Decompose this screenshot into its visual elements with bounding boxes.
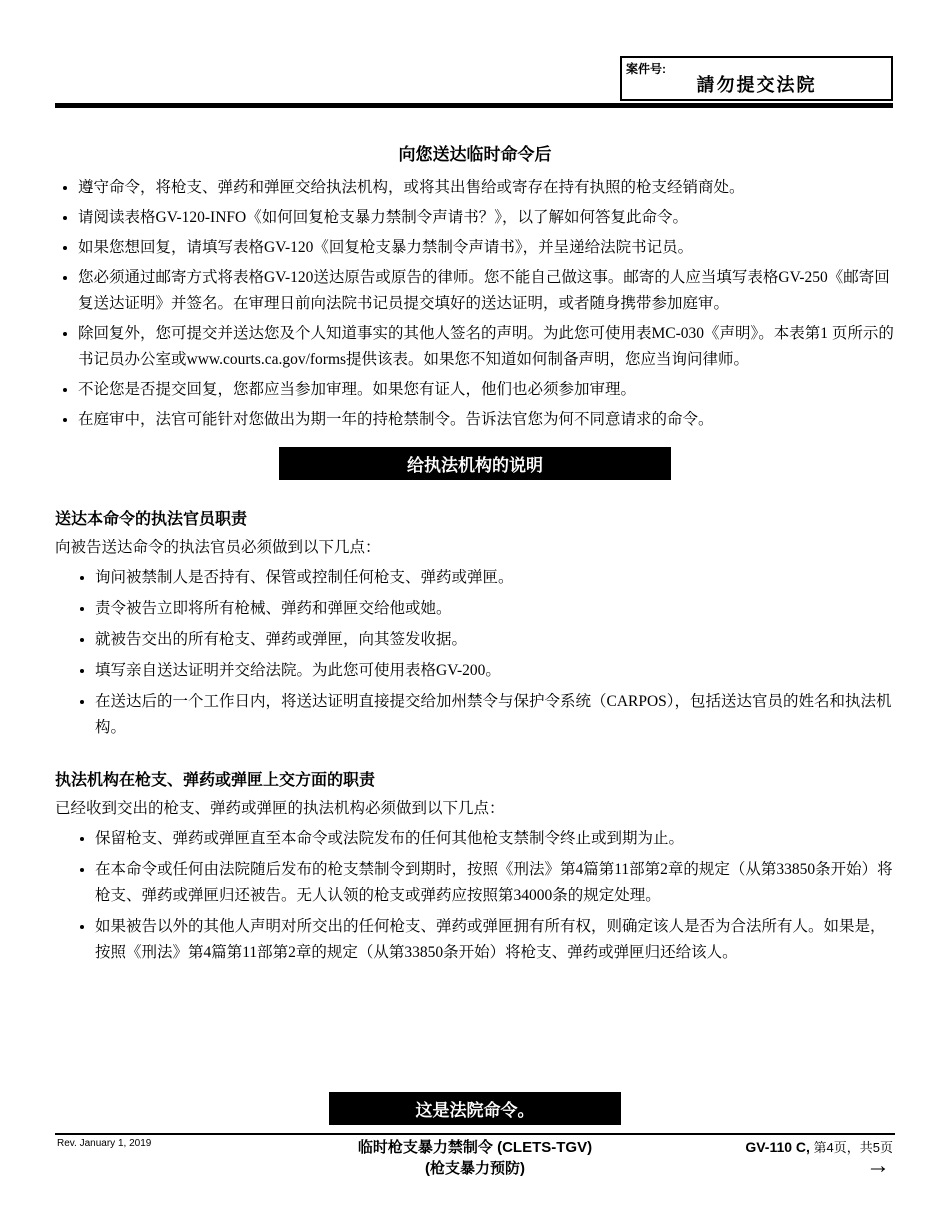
list-item: 如果被告以外的其他人声明对所交出的任何枪支、弹药或弹匣拥有所有权，则确定该人是否… [95,914,895,966]
case-number-value: 請勿提交法院 [622,71,891,97]
list-item: 在本命令或任何由法院随后发布的枪支禁制令到期时，按照《刑法》第4篇第11部第2章… [95,857,895,909]
list-item: 责令被告立即将所有枪械、弹药和弹匣交给他或她。 [95,596,895,622]
list-item: 在庭审中，法官可能针对您做出为期一年的持枪禁制令。告诉法官您为何不同意请求的命令… [78,407,895,433]
form-number: GV-110 C, [745,1139,810,1155]
header-divider [55,103,893,108]
agency-duties-list: 保留枪支、弹药或弹匣直至本命令或法院发布的任何其他枪支禁制令终止或到期为止。 在… [55,826,895,966]
list-item: 如果您想回复，请填写表格GV-120《回复枪支暴力禁制令声请书》，并呈递给法院书… [78,235,895,261]
next-page-arrow-icon: → [866,1154,890,1178]
officer-duties-heading: 送达本命令的执法官员职责 [55,506,895,529]
list-item: 请阅读表格GV-120-INFO《如何回复枪支暴力禁制令声请书？》，以了解如何答… [78,205,895,231]
list-item: 在送达后的一个工作日内，将送达证明直接提交给加州禁令与保护令系统（CARPOS）… [95,689,895,741]
list-item: 保留枪支、弹药或弹匣直至本命令或法院发布的任何其他枪支禁制令终止或到期为止。 [95,826,895,852]
law-enforcement-banner: 给执法机构的说明 [279,447,671,480]
list-item: 询问被禁制人是否持有、保管或控制任何枪支、弹药或弹匣。 [95,565,895,591]
form-subtitle: (枪支暴力预防) [175,1158,775,1179]
page-content: 向您送达临时命令后 遵守命令，将枪支、弹药和弹匣交给执法机构，或将其出售给或寄存… [55,140,895,971]
list-item: 填写亲自送达证明并交给法院。为此您可使用表格GV-200。 [95,658,895,684]
form-title-block: 临时枪支暴力禁制令 (CLETS-TGV) (枪支暴力预防) [175,1137,775,1179]
list-item: 不论您是否提交回复，您都应当参加审理。如果您有证人，他们也必须参加审理。 [78,377,895,403]
officer-duties-list: 询问被禁制人是否持有、保管或控制任何枪支、弹药或弹匣。 责令被告立即将所有枪械、… [55,565,895,741]
revision-date: Rev. January 1, 2019 [57,1138,151,1149]
agency-duties-heading: 执法机构在枪支、弹药或弹匣上交方面的职责 [55,767,895,790]
after-service-list: 遵守命令，将枪支、弹药和弹匣交给执法机构，或将其出售给或寄存在持有执照的枪支经销… [55,175,895,433]
document-page: 案件号: 請勿提交法院 向您送达临时命令后 遵守命令，将枪支、弹药和弹匣交给执法… [0,0,950,1230]
footer-divider [55,1133,895,1135]
court-order-banner: 这是法院命令。 [329,1092,621,1125]
officer-duties-intro: 向被告送达命令的执法官员必须做到以下几点： [55,535,895,561]
list-item: 除回复外，您可提交并送达您及个人知道事实的其他人签名的声明。为此您可使用表MC-… [78,321,895,373]
case-number-box: 案件号: 請勿提交法院 [620,56,893,101]
list-item: 就被告交出的所有枪支、弹药或弹匣，向其签发收据。 [95,627,895,653]
form-title: 临时枪支暴力禁制令 (CLETS-TGV) [175,1137,775,1158]
list-item: 您必须通过邮寄方式将表格GV-120送达原告或原告的律师。您不能自己做这事。邮寄… [78,265,895,317]
page-title: 向您送达临时命令后 [55,140,895,165]
list-item: 遵守命令，将枪支、弹药和弹匣交给执法机构，或将其出售给或寄存在持有执照的枪支经销… [78,175,895,201]
agency-duties-intro: 已经收到交出的枪支、弹药或弹匣的执法机构必须做到以下几点： [55,796,895,822]
